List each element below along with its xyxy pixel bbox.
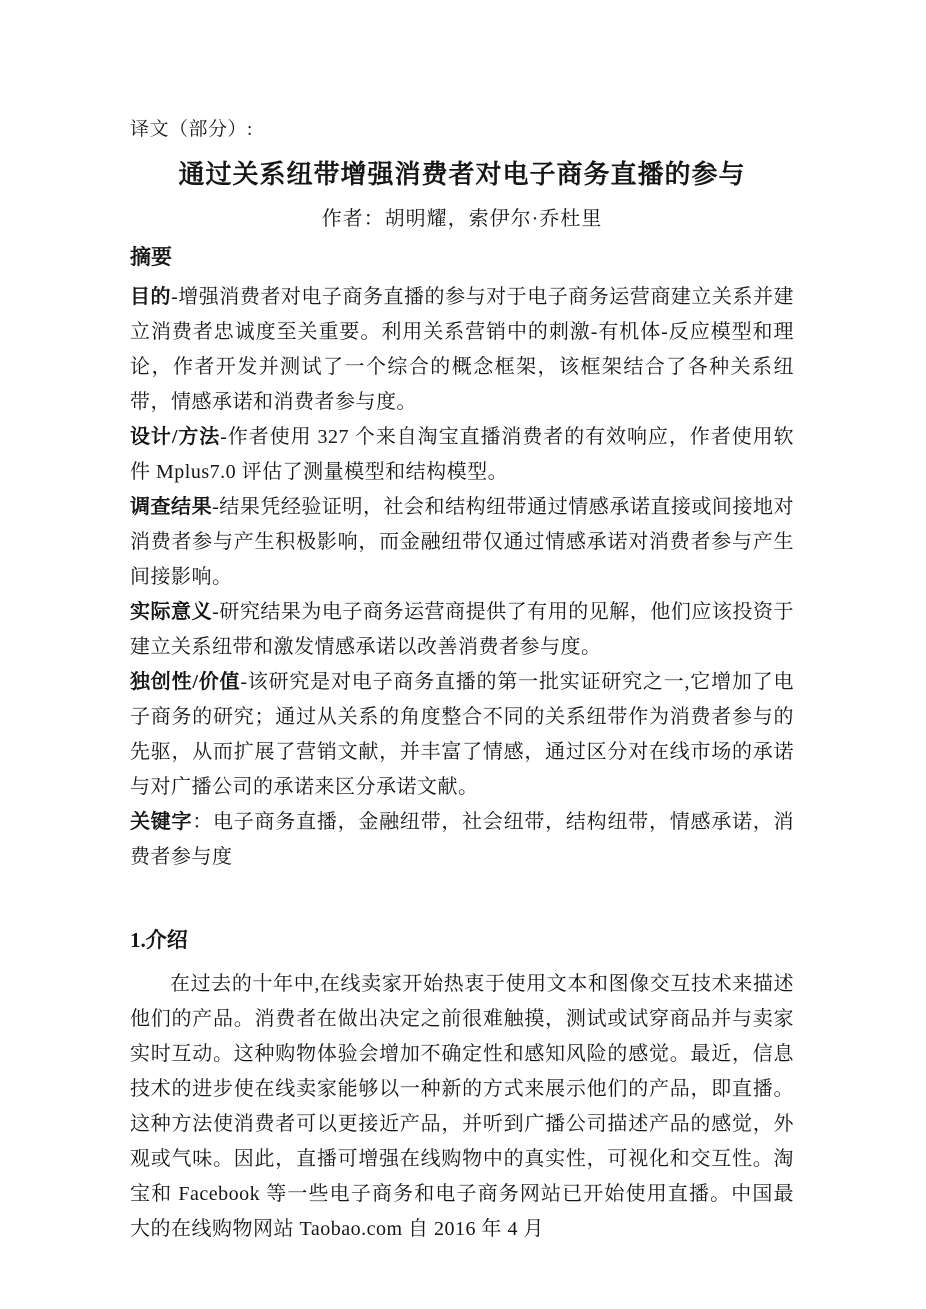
abstract-text-practical-implications: -研究结果为电子商务运营商提供了有用的见解，他们应该投资于建立关系纽带和激发情感…	[130, 601, 794, 658]
abstract-paragraph-practical-implications: 实际意义-研究结果为电子商务运营商提供了有用的见解，他们应该投资于建立关系纽带和…	[130, 595, 794, 665]
keywords-label: 关键字	[130, 811, 192, 833]
abstract-label-findings: 调查结果	[130, 496, 212, 518]
section-heading-introduction: 1.介绍	[130, 925, 794, 955]
paper-title: 通过关系纽带增强消费者对电子商务直播的参与	[130, 158, 794, 192]
introduction-paragraph: 在过去的十年中,在线卖家开始热衷于使用文本和图像交互技术来描述他们的产品。消费者…	[130, 967, 794, 1247]
abstract-text-purpose: -增强消费者对电子商务直播的参与对于电子商务运营商建立关系并建立消费者忠诚度至关…	[130, 286, 794, 413]
abstract-paragraph-originality-value: 独创性/价值-该研究是对电子商务直播的第一批实证研究之一,它增加了电子商务的研究…	[130, 665, 794, 805]
keywords-text: ：电子商务直播，金融纽带，社会纽带，结构纽带，情感承诺，消费者参与度	[130, 811, 794, 868]
abstract-label-purpose: 目的	[130, 286, 171, 308]
abstract-paragraph-findings: 调查结果-结果凭经验证明，社会和结构纽带通过情感承诺直接或间接地对消费者参与产生…	[130, 490, 794, 595]
abstract-paragraph-design-method: 设计/方法-作者使用 327 个来自淘宝直播消费者的有效响应，作者使用软件 Mp…	[130, 420, 794, 490]
keywords-paragraph: 关键字：电子商务直播，金融纽带，社会纽带，结构纽带，情感承诺，消费者参与度	[130, 805, 794, 875]
document-page: 译文（部分）: 通过关系纽带增强消费者对电子商务直播的参与 作者：胡明耀，索伊尔…	[0, 0, 926, 1309]
abstract-paragraph-purpose: 目的-增强消费者对电子商务直播的参与对于电子商务运营商建立关系并建立消费者忠诚度…	[130, 280, 794, 420]
abstract-text-findings: -结果凭经验证明，社会和结构纽带通过情感承诺直接或间接地对消费者参与产生积极影响…	[130, 496, 794, 588]
abstract-heading: 摘要	[130, 244, 794, 270]
authors-line: 作者：胡明耀，索伊尔·乔杜里	[130, 206, 794, 232]
abstract-label-originality-value: 独创性/价值	[130, 671, 240, 693]
abstract-text-design-method: -作者使用 327 个来自淘宝直播消费者的有效响应，作者使用软件 Mplus7.…	[130, 426, 794, 483]
abstract-label-design-method: 设计/方法	[130, 426, 220, 448]
translation-note: 译文（部分）:	[130, 118, 794, 142]
abstract-label-practical-implications: 实际意义	[130, 601, 212, 623]
